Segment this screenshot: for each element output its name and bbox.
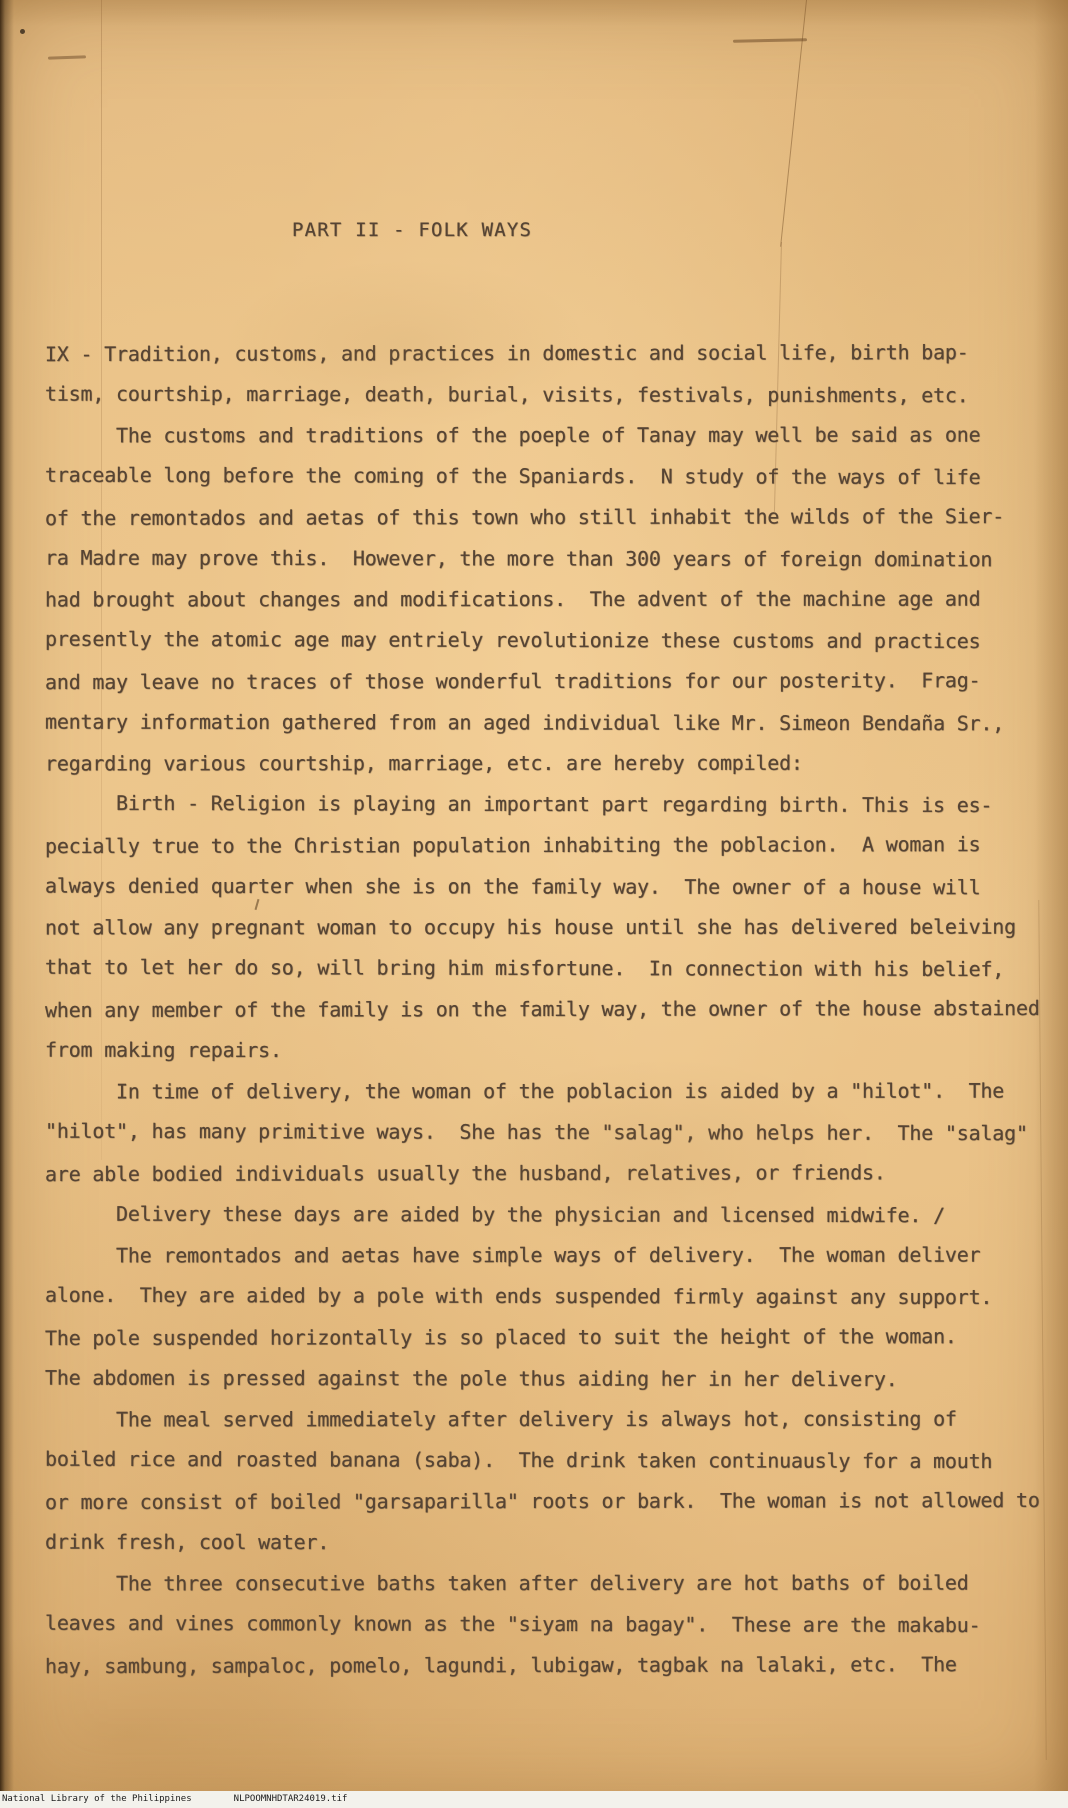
document-body: IX - Tradition, customs, and practices i… <box>45 333 1068 1686</box>
text-line: Birth - Religion is playing an important… <box>45 783 1068 826</box>
text-line: In time of delivery, the woman of the po… <box>45 1071 1068 1113</box>
text-line: when any member of the family is on the … <box>45 988 1068 1031</box>
text-line: hay, sambung, sampaloc, pomelo, lagundi,… <box>45 1644 1068 1687</box>
text-line: that to let her do so, will bring him mi… <box>45 947 1068 990</box>
text-line: The customs and traditions of the poeple… <box>45 415 1068 457</box>
text-line: "hilot", has many primitive ways. She ha… <box>45 1111 1068 1154</box>
scan-filename: NLPOOMNHDTAR24019.tif <box>234 1791 348 1808</box>
library-name-label: National Library of the Philippines <box>2 1791 192 1808</box>
text-line: traceable long before the coming of the … <box>45 455 1068 498</box>
text-line: not allow any pregnant woman to occupy h… <box>45 907 1068 949</box>
text-line: Delivery these days are aided by the phy… <box>45 1194 1068 1237</box>
scanned-document-page: PART II - FOLK WAYS IX - Tradition, cust… <box>0 0 1068 1808</box>
text-line: are able bodied individuals usually the … <box>45 1152 1068 1195</box>
text-line: had brought about changes and modificati… <box>45 579 1068 621</box>
text-line: IX - Tradition, customs, and practices i… <box>45 332 1068 375</box>
text-line: The pole suspended horizontally is so pl… <box>45 1316 1068 1359</box>
scan-footer: National Library of the Philippines NLPO… <box>0 1791 1068 1808</box>
text-line: regarding various courtship, marriage, e… <box>45 743 1068 785</box>
text-line: drink fresh, cool water. <box>45 1522 1068 1565</box>
text-line: leaves and vines commonly known as the "… <box>45 1603 1068 1646</box>
text-line: The abdomen is pressed against the pole … <box>45 1358 1068 1401</box>
text-line: of the remontados and aetas of this town… <box>45 496 1068 539</box>
text-line: boiled rice and roasted banana (saba). T… <box>45 1439 1068 1482</box>
text-line: The remontados and aetas have simple way… <box>45 1235 1068 1277</box>
page-title: PART II - FOLK WAYS <box>292 210 1068 251</box>
text-line: tism, courtship, marriage, death, burial… <box>45 374 1068 417</box>
text-line: The three consecutive baths taken after … <box>45 1563 1068 1605</box>
text-line: pecially true to the Christian populatio… <box>45 824 1068 867</box>
text-line: or more consist of boiled "garsaparilla"… <box>45 1480 1068 1523</box>
text-line: presently the atomic age may entriely re… <box>45 619 1068 662</box>
text-line: and may leave no traces of those wonderf… <box>45 660 1068 703</box>
text-line: mentary information gathered from an age… <box>45 702 1068 745</box>
text-line: ra Madre may prove this. However, the mo… <box>45 538 1068 581</box>
text-line: always denied quarter when she is on the… <box>45 866 1068 909</box>
text-line: The meal served immediately after delive… <box>45 1399 1068 1441</box>
typewritten-text-block: PART II - FOLK WAYS IX - Tradition, cust… <box>0 0 1068 1768</box>
text-line: alone. They are aided by a pole with end… <box>45 1275 1068 1318</box>
text-line: from making repairs. <box>45 1030 1068 1073</box>
